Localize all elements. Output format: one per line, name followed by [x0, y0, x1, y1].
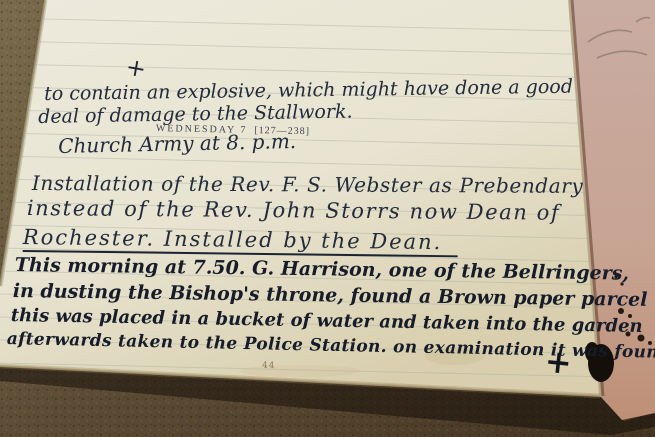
handwriting-line-4: Installation of the Rev. F. S. Webster a… [32, 172, 583, 197]
diary-photo: + to contain an explosive, which might h… [0, 0, 655, 437]
continuation-cross-bottom: + [543, 345, 573, 380]
handwriting-line-3: Church Army at 8. p.m. [58, 130, 296, 157]
paper-stain-bottom [240, 365, 360, 377]
handwriting-line-5: instead of the Rev. John Storrs now Dean… [27, 197, 561, 225]
handwriting-line-6-underlined: Rochester. Installed by the Dean. [23, 226, 459, 257]
continuation-cross-top: + [124, 54, 148, 81]
page-number: 44 [262, 361, 276, 371]
